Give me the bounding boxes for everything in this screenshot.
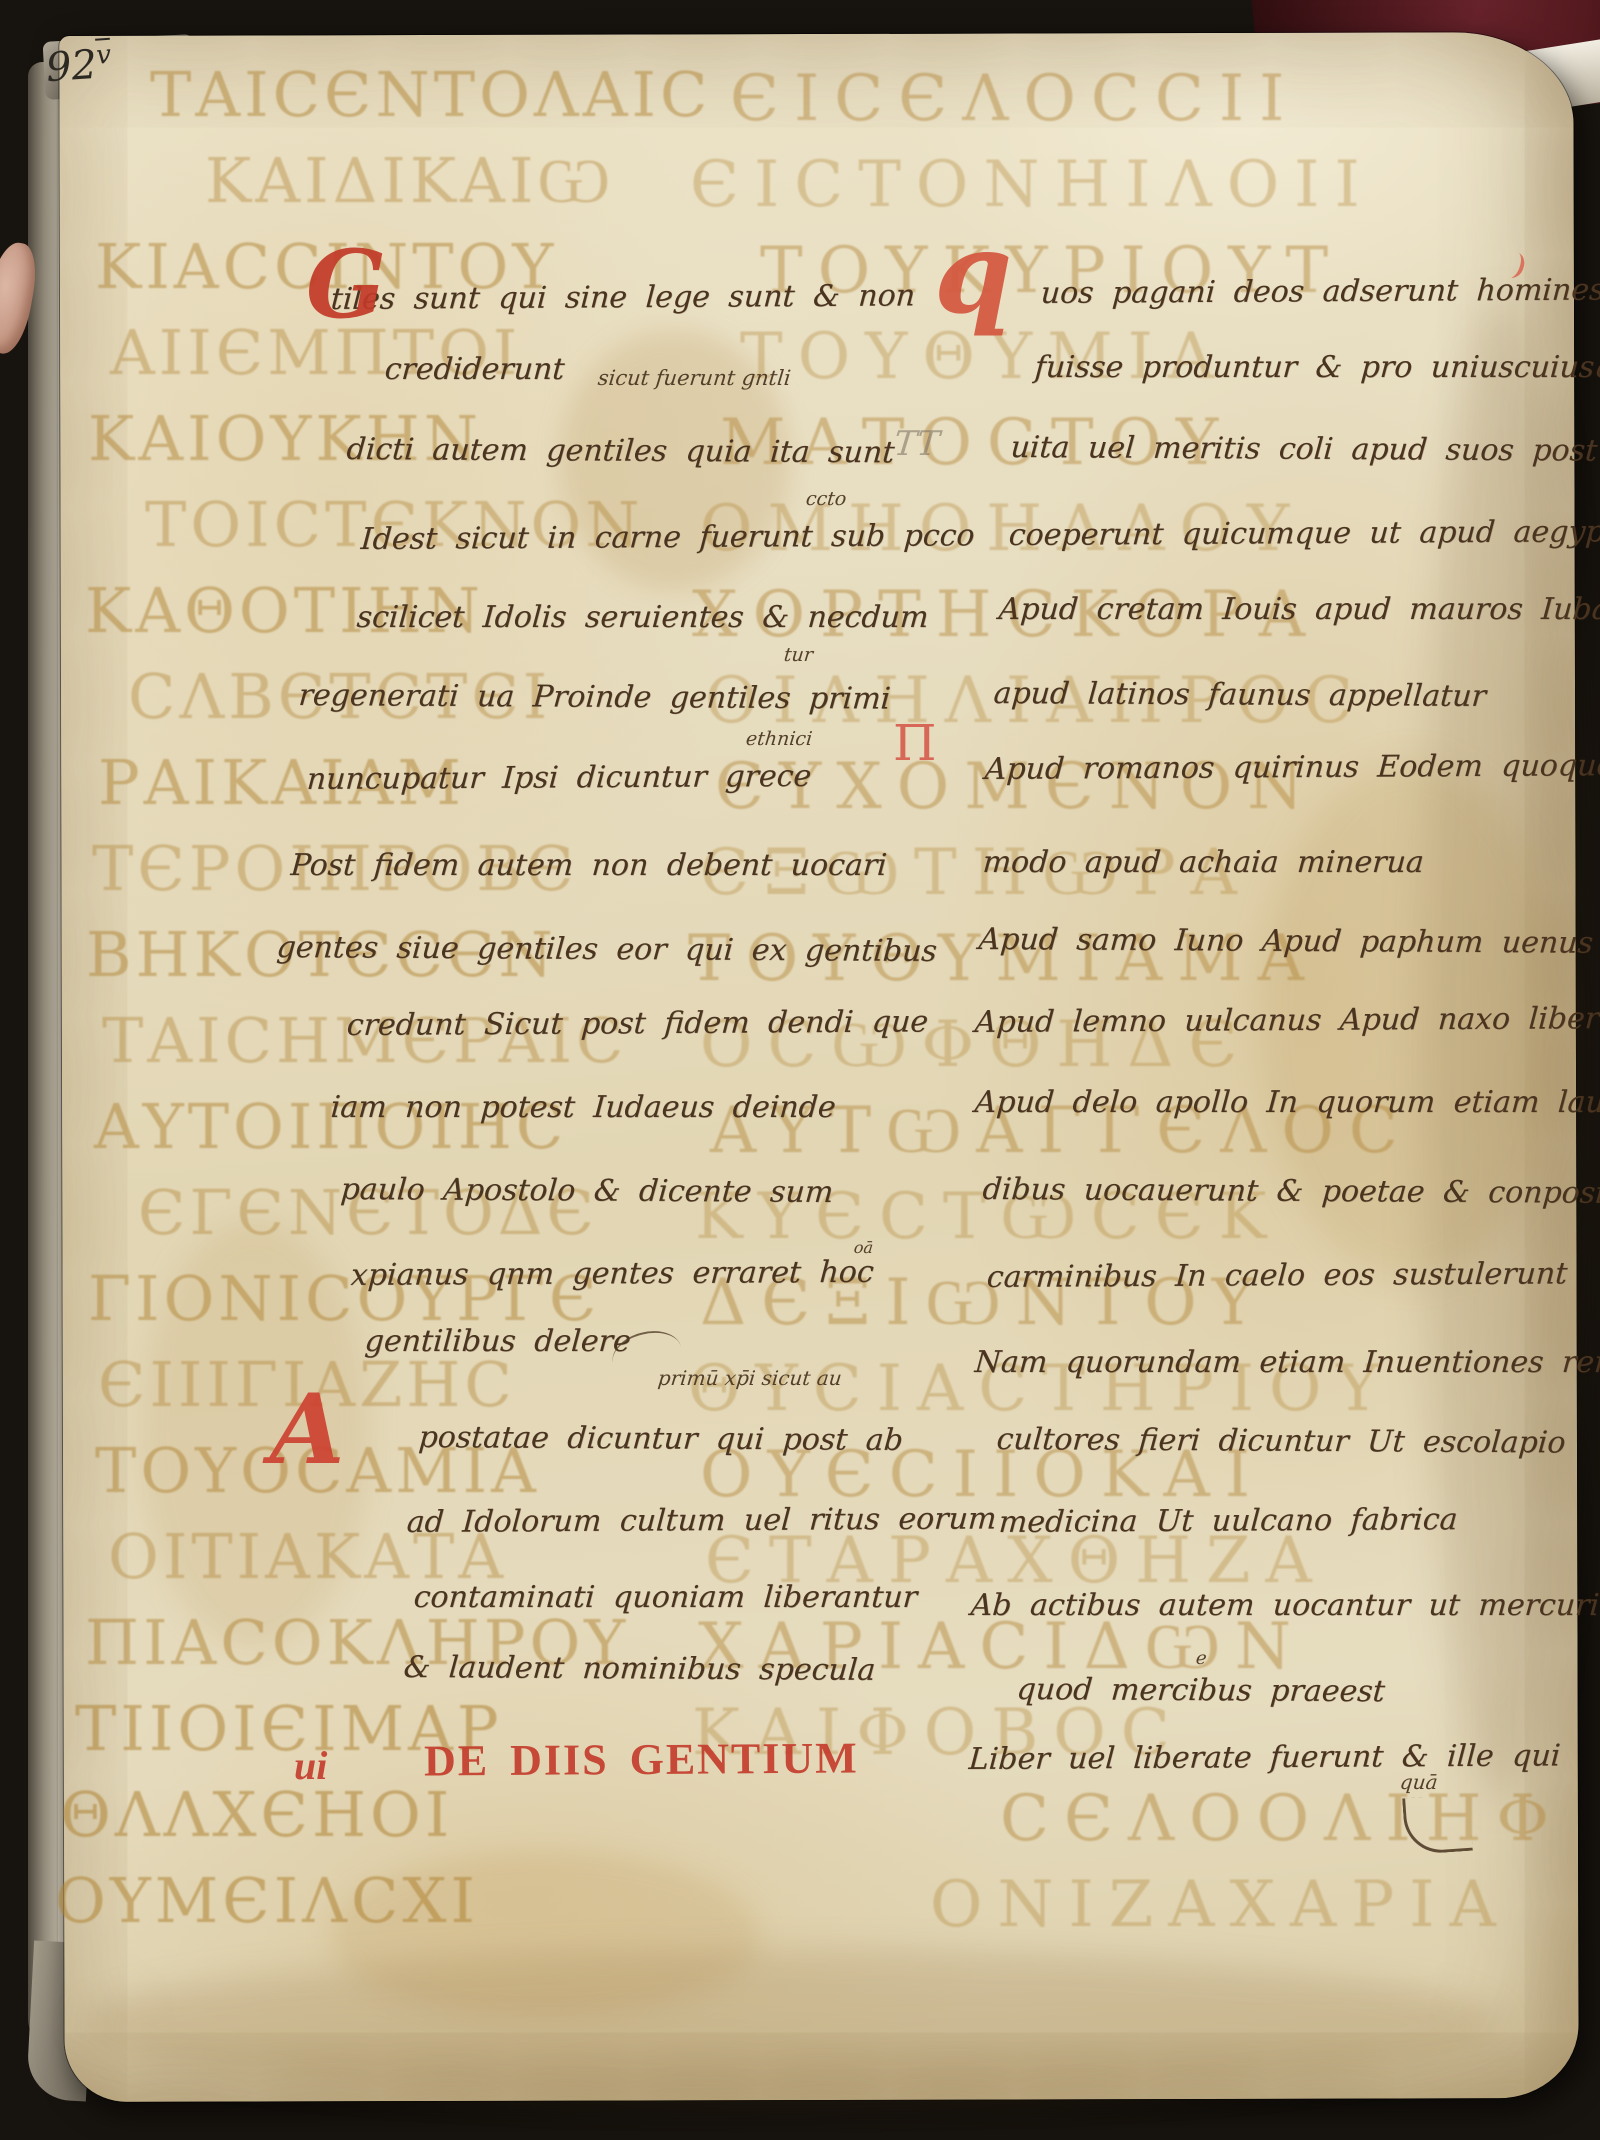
latin-line-left-column: gentilibus delere <box>364 1324 632 1359</box>
latin-line-left-column: Idest sicut in carne fuerunt sub pcco <box>360 518 976 557</box>
latin-line-left-column: contaminati quoniam liberantur <box>413 1580 919 1615</box>
latin-line-right-column: cultores fieri dicuntur Ut escolapio <box>995 1422 1566 1460</box>
folio-number-digits: 92 <box>45 42 99 91</box>
interlinear-annotation: primū xp̄i sicut au <box>657 1366 843 1390</box>
latin-line-right-column: Nam quorundam etiam Inuentiones rerum <box>974 1345 1600 1380</box>
latin-line-left-column: paulo Apostolo & dicente sum <box>339 1172 834 1210</box>
rubric-chapter-mark: ui <box>294 1742 327 1789</box>
rubric-title: DE DIIS GENTIUM <box>424 1732 859 1786</box>
latin-line-right-column: Ab actibus autem uocantur ut mercurius <box>970 1588 1600 1623</box>
latin-line-left-column: & laudent nominibus specula <box>402 1650 876 1688</box>
latin-line-right-column: Apud delo apollo In quorum etiam lau <box>974 1085 1600 1120</box>
initial-q: q <box>934 218 1012 330</box>
latin-line-right-column: fuisse produntur & pro uniuscuiusque <box>1034 350 1600 385</box>
initial-g: G <box>306 238 386 332</box>
latin-line-left-column: crediderunt <box>384 352 566 387</box>
latin-line-right-column: Liber uel liberate fuerunt & ille qui <box>968 1738 1562 1777</box>
latin-line-left-column: nuncupatur Ipsi dicuntur grece <box>306 759 813 797</box>
latin-line-right-column: Apud romanos quirinus Eodem quoque <box>984 748 1600 787</box>
interlinear-annotation: ccto <box>805 488 848 510</box>
latin-line-right-column: medicina Ut uulcano fabrica <box>998 1502 1459 1540</box>
interlinear-annotation: tur <box>783 644 814 666</box>
latin-line-left-column: scilicet Idolis seruientes & necdum <box>356 600 930 635</box>
latin-line-right-column: uos pagani deos adserunt homines olim <box>1040 272 1600 311</box>
latin-line-left-column: regenerati ua Proinde gentiles primi <box>297 678 891 717</box>
latin-line-left-column: iam non potest Iudaeus deinde <box>330 1090 837 1125</box>
latin-line-right-column: modo apud achaia minerua <box>982 845 1425 880</box>
interlinear-annotation: ΤΤ <box>892 424 942 464</box>
latin-line-left-column: xpianus qnm gentes erraret hoc <box>350 1255 875 1293</box>
folio-number: 92v <box>44 40 113 91</box>
red-paragraph-mark: Π <box>893 714 937 772</box>
latin-line-left-column: Post fidem autem non debent uocari <box>290 848 888 883</box>
latin-line-right-column: coeperunt quicumque ut apud aegyptum isi… <box>1008 514 1600 553</box>
interlinear-annotation: sicut fuerunt gntli <box>597 366 792 390</box>
latin-line-right-column: Apud lemno uulcanus Apud naxo liber <box>974 1001 1600 1040</box>
latin-line-right-column: dibus uocauerunt & poetae & conposi <box>981 1172 1600 1211</box>
latin-line-left-column: ad Idolorum cultum uel ritus eorum <box>406 1501 998 1540</box>
latin-line-right-column: Apud samo Iuno Apud paphum uenus <box>977 922 1594 961</box>
interlinear-annotation: oā <box>853 1238 874 1257</box>
latin-line-right-column: quod mercibus praeest <box>1015 1672 1386 1709</box>
latin-line-left-column: dicti autem gentiles quia ita sunt <box>345 432 895 470</box>
latin-line-left-column: gentes siue gentiles eor qui ex gentibus <box>275 930 938 969</box>
latin-line-right-column: apud latinos faunus appellatur <box>992 676 1487 714</box>
interlinear-annotation: e <box>1195 1648 1208 1669</box>
interlinear-annotation: quā <box>1399 1770 1439 1794</box>
latin-line-left-column: postatae dicuntur qui post ab <box>417 1420 904 1458</box>
latin-line-left-column: credunt Sicut post fidem dendi que <box>346 1004 930 1043</box>
interlinear-annotation: ethnici <box>745 728 813 750</box>
latin-line-right-column: carminibus In caelo eos sustulerunt <box>986 1256 1569 1295</box>
initial-a: A <box>270 1382 344 1478</box>
latin-overscript-layer: tiles sunt qui sine lege sunt & noncredi… <box>0 0 1600 2140</box>
folio-side-letter: v <box>95 40 112 71</box>
latin-line-right-column: Apud cretam Iouis apud mauros Iuba <box>998 592 1600 627</box>
latin-line-right-column: uita uel meritis coli apud suos post mor… <box>1009 430 1600 469</box>
latin-line-left-column: tiles sunt qui sine lege sunt & non <box>330 278 916 317</box>
